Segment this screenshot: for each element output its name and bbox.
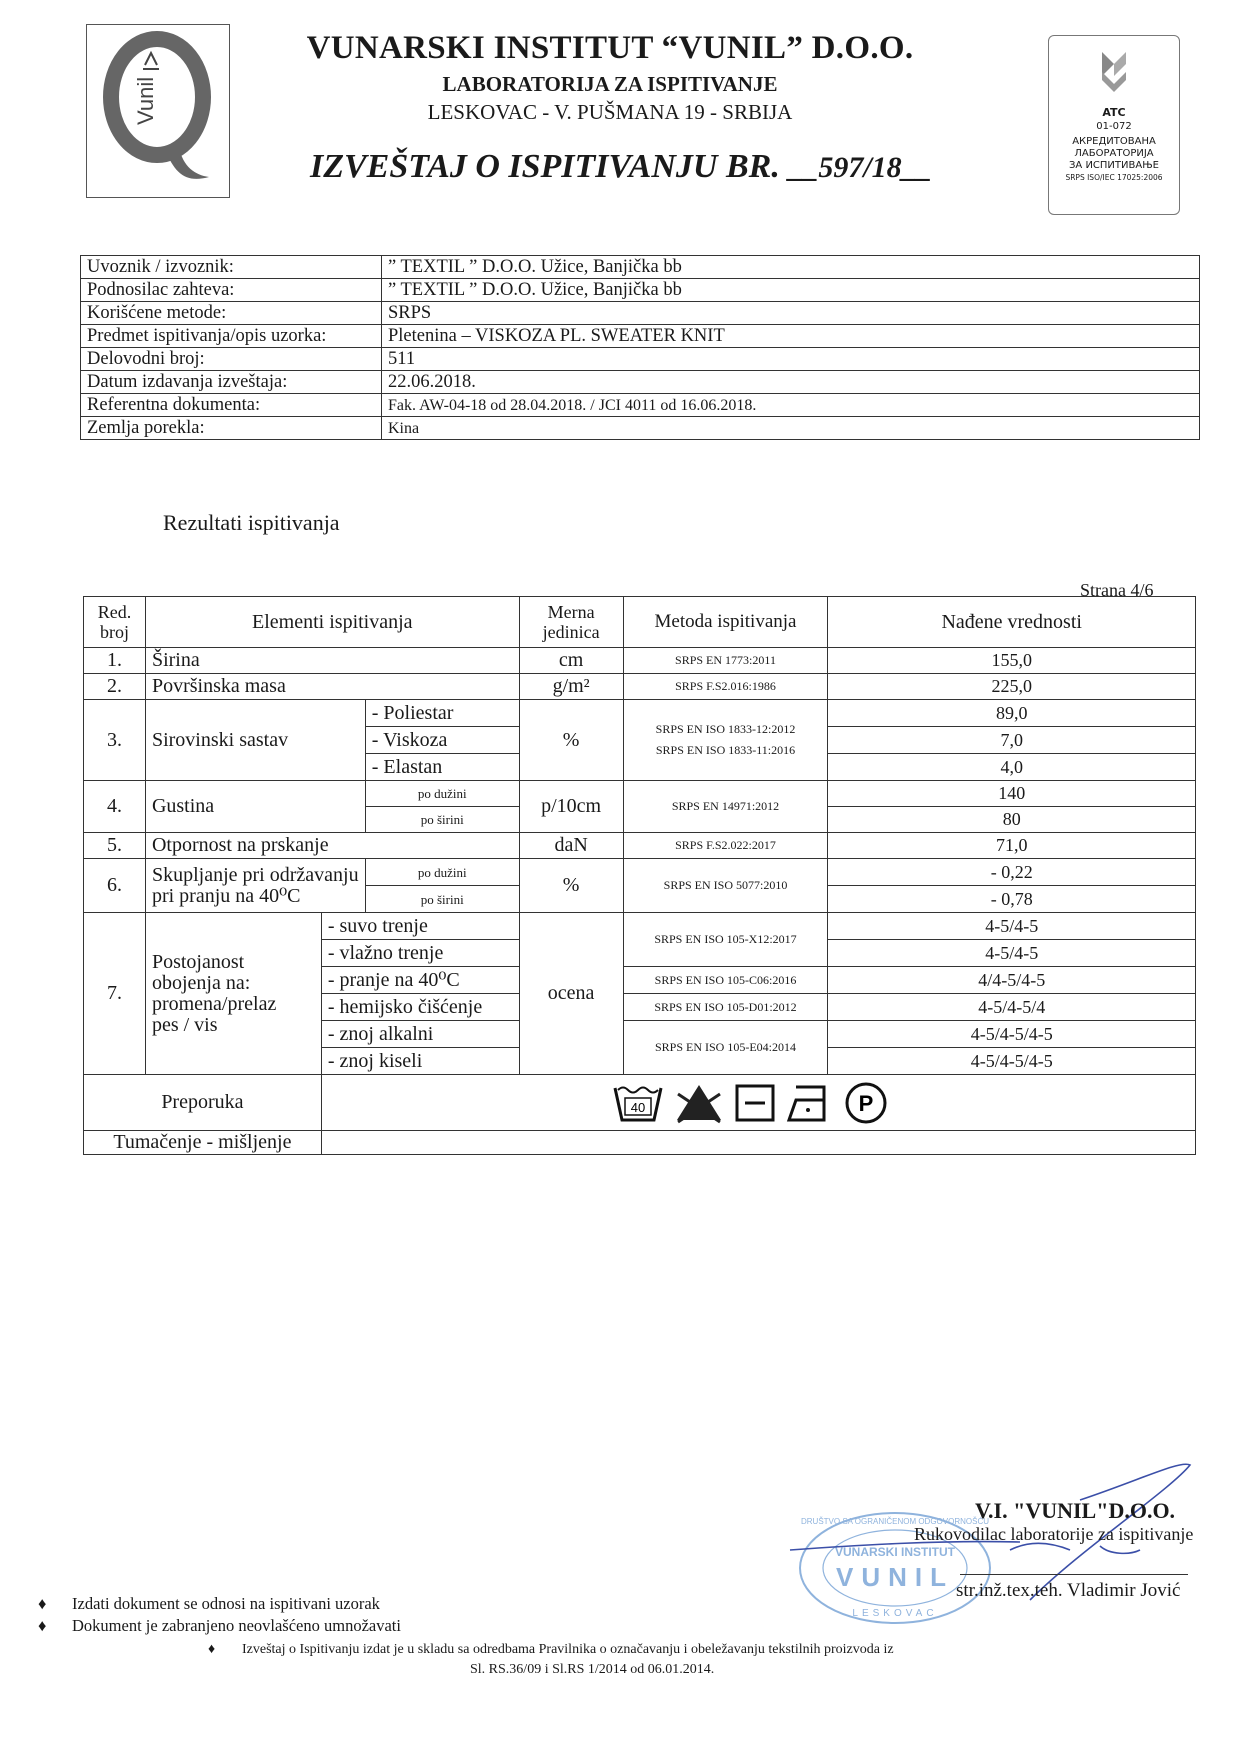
element-line: obojenja na: — [152, 973, 315, 994]
svg-text:P: P — [859, 1091, 874, 1116]
row-method: SRPS F.S2.016:1986 — [623, 674, 828, 700]
col-header-no: Red. broj — [84, 597, 146, 648]
row-value: 225,0 — [828, 674, 1196, 700]
info-value: Kina — [382, 417, 1200, 440]
row-unit: cm — [519, 648, 623, 674]
row-method: SRPS EN 1773:2011 — [623, 648, 828, 674]
col-header-element: Elementi ispitivanja — [145, 597, 519, 648]
info-value: 511 — [382, 348, 1200, 371]
info-row: Delovodni broj:511 — [81, 348, 1200, 371]
lab-name: LABORATORIJA ZA ISPITIVANJE — [250, 72, 970, 97]
results-grid: Red. broj Elementi ispitivanja Merna jed… — [83, 596, 1196, 1155]
col-header-value: Nađene vrednosti — [828, 597, 1196, 648]
table-row: 7. Postojanost obojenja na: promena/prel… — [84, 913, 1196, 940]
row-element: Sirovinski sastav — [145, 700, 365, 781]
row-method: SRPS EN ISO 105-C06:2016 — [623, 967, 828, 994]
element-line: pri pranju na 40⁰C — [152, 886, 359, 907]
table-row: 1. Širina cm SRPS EN 1773:2011 155,0 — [84, 648, 1196, 674]
info-row: Uvoznik / izvoznik:” TEXTIL ” D.O.O. Uži… — [81, 256, 1200, 279]
row-unit: % — [519, 700, 623, 781]
element-line: Postojanost — [152, 952, 315, 973]
row-element: Gustina — [145, 781, 365, 833]
row-sub-label: - Viskoza — [365, 727, 519, 754]
row-sub-label: - vlažno trenje — [321, 940, 519, 967]
row-sub-label: po širini — [365, 886, 519, 913]
row-unit: p/10cm — [519, 781, 623, 833]
footer-note-3: ♦Izveštaj o Ispitivanju izdat je u sklad… — [208, 1642, 894, 1658]
info-label: Korišćene metode: — [81, 302, 382, 325]
row-value: 140 — [828, 781, 1196, 807]
row-no: 6. — [84, 859, 146, 913]
row-sub-label: - hemijsko čišćenje — [321, 994, 519, 1021]
row-method: SRPS EN ISO 105-E04:2014 — [623, 1021, 828, 1075]
row-sub-label: - pranje na 40⁰C — [321, 967, 519, 994]
accreditation-line2: ЛАБОРАТОРИЈА — [1049, 148, 1179, 160]
element-line: promena/prelaz — [152, 994, 315, 1015]
row-element: Površinska masa — [145, 674, 519, 700]
iron-low-icon — [786, 1082, 834, 1124]
diamond-bullet-icon: ♦ — [208, 1642, 242, 1658]
row-method: SRPS EN 14971:2012 — [623, 781, 828, 833]
report-info-table: Uvoznik / izvoznik:” TEXTIL ” D.O.O. Uži… — [80, 255, 1200, 440]
info-row: Zemlja porekla:Kina — [81, 417, 1200, 440]
footer-note-2: ♦Dokument je zabranjeno neovlašćeno umno… — [38, 1616, 401, 1636]
row-value: - 0,22 — [828, 859, 1196, 886]
row-sub-label: - Elastan — [365, 754, 519, 781]
element-line: Skupljanje pri održavanju — [152, 865, 359, 886]
info-label: Zemlja porekla: — [81, 417, 382, 440]
accreditation-line3: ЗА ИСПИТИВАЊЕ — [1049, 160, 1179, 172]
table-row: 3. Sirovinski sastav - Poliestar % SRPS … — [84, 700, 1196, 727]
row-value: 4-5/4-5 — [828, 940, 1196, 967]
row-method: SRPS EN ISO 1833-12:2012 SRPS EN ISO 183… — [623, 700, 828, 781]
row-value: 7,0 — [828, 727, 1196, 754]
footer-note-text: Izveštaj o Ispitivanju izdat je u skladu… — [242, 1642, 894, 1657]
accreditation-code: 01-072 — [1049, 121, 1179, 132]
diamond-bullet-icon: ♦ — [38, 1616, 72, 1636]
vunil-q-logo-icon: Vunil — [87, 25, 228, 196]
row-no: 2. — [84, 674, 146, 700]
row-no: 5. — [84, 833, 146, 859]
col-header-unit: Merna jedinica — [519, 597, 623, 648]
report-title-prefix: IZVEŠTAJ O ISPITIVANJU BR. — [310, 148, 780, 185]
row-no: 1. — [84, 648, 146, 674]
recommendation-label: Preporuka — [84, 1075, 322, 1131]
flat-dry-icon — [734, 1082, 776, 1124]
info-value: Pletenina – VISKOZA PL. SWEATER KNIT — [382, 325, 1200, 348]
row-element: Postojanost obojenja na: promena/prelaz … — [145, 913, 321, 1075]
info-label: Delovodni broj: — [81, 348, 382, 371]
row-sub-label: - Poliestar — [365, 700, 519, 727]
info-value: Fak. AW-04-18 od 28.04.2018. / JCI 4011 … — [382, 394, 1200, 417]
row-value: 80 — [828, 807, 1196, 833]
recommendation-row: Preporuka 40 — [84, 1075, 1196, 1131]
row-value: 89,0 — [828, 700, 1196, 727]
row-value: 4,0 — [828, 754, 1196, 781]
info-row: Datum izdavanja izveštaja:22.06.2018. — [81, 371, 1200, 394]
row-sub-label: - suvo trenje — [321, 913, 519, 940]
info-value: ” TEXTIL ” D.O.O. Užice, Banjička bb — [382, 279, 1200, 302]
row-method: SRPS EN ISO 105-X12:2017 — [623, 913, 828, 967]
row-element: Širina — [145, 648, 519, 674]
svg-text:Vunil: Vunil — [133, 77, 158, 125]
row-value: 155,0 — [828, 648, 1196, 674]
row-unit: % — [519, 859, 623, 913]
row-unit: daN — [519, 833, 623, 859]
interpretation-value — [321, 1131, 1195, 1155]
row-value: - 0,78 — [828, 886, 1196, 913]
info-value: 22.06.2018. — [382, 371, 1200, 394]
row-sub-label: po dužini — [365, 859, 519, 886]
table-row: 4. Gustina po dužini p/10cm SRPS EN 1497… — [84, 781, 1196, 807]
no-bleach-icon — [674, 1082, 724, 1124]
accreditation-mark: ATC — [1049, 106, 1179, 119]
row-value: 4-5/4-5/4-5 — [828, 1048, 1196, 1075]
row-sub-label: po širini — [365, 807, 519, 833]
diamond-bullet-icon: ♦ — [38, 1594, 72, 1614]
table-row: 6. Skupljanje pri održavanju pri pranju … — [84, 859, 1196, 886]
info-label: Datum izdavanja izveštaja: — [81, 371, 382, 394]
accreditation-standard: SRPS ISO/IEC 17025:2006 — [1049, 173, 1179, 182]
footer-note-text: Izdati dokument se odnosi na ispitivani … — [72, 1594, 380, 1613]
method-line: SRPS EN ISO 1833-12:2012 — [630, 719, 822, 740]
row-no: 3. — [84, 700, 146, 781]
care-symbols-cell: 40 P — [321, 1075, 1195, 1131]
info-row: Korišćene metode:SRPS — [81, 302, 1200, 325]
institute-name: VUNARSKI INSTITUT “VUNIL” D.O.O. — [250, 30, 970, 67]
care-symbols: 40 P — [612, 1081, 888, 1125]
row-method: SRPS EN ISO 5077:2010 — [623, 859, 828, 913]
info-label: Uvoznik / izvoznik: — [81, 256, 382, 279]
row-value: 4-5/4-5 — [828, 913, 1196, 940]
row-no: 7. — [84, 913, 146, 1075]
lab-address: LESKOVAC - V. PUŠMANA 19 - SRBIJA — [250, 100, 970, 125]
row-sub-label: - znoj kiseli — [321, 1048, 519, 1075]
row-unit: g/m² — [519, 674, 623, 700]
info-value: ” TEXTIL ” D.O.O. Užice, Banjička bb — [382, 256, 1200, 279]
svg-text:40: 40 — [631, 1100, 645, 1115]
row-sub-label: - znoj alkalni — [321, 1021, 519, 1048]
element-line: pes / vis — [152, 1015, 315, 1036]
footer-note-1: ♦Izdati dokument se odnosi na ispitivani… — [38, 1594, 380, 1614]
dry-clean-p-icon: P — [844, 1081, 888, 1125]
row-method: SRPS EN ISO 105-D01:2012 — [623, 994, 828, 1021]
table-row: 2. Površinska masa g/m² SRPS F.S2.016:19… — [84, 674, 1196, 700]
method-line: SRPS EN ISO 1833-11:2016 — [630, 740, 822, 761]
row-value: 4/4-5/4-5 — [828, 967, 1196, 994]
interpretation-label: Tumačenje - mišljenje — [84, 1131, 322, 1155]
info-value: SRPS — [382, 302, 1200, 325]
info-label: Predmet ispitivanja/opis uzorka: — [81, 325, 382, 348]
row-element: Skupljanje pri održavanju pri pranju na … — [145, 859, 365, 913]
results-heading: Rezultati ispitivanja — [163, 510, 340, 536]
row-element: Otpornost na prskanje — [145, 833, 519, 859]
row-unit: ocena — [519, 913, 623, 1075]
atc-accreditation-icon — [1094, 50, 1134, 100]
report-title: IZVEŠTAJ O ISPITIVANJU BR. __597/18__ — [310, 148, 932, 186]
signature-organization: V.I. "VUNIL"D.O.O. — [975, 1498, 1175, 1524]
info-label: Referentna dokumenta: — [81, 394, 382, 417]
interpretation-row: Tumačenje - mišljenje — [84, 1131, 1196, 1155]
row-value: 4-5/4-5/4-5 — [828, 1021, 1196, 1048]
institute-logo: Vunil — [86, 24, 230, 198]
footer-note-text: Dokument je zabranjeno neovlašćeno umnož… — [72, 1616, 401, 1635]
table-row: 5. Otpornost na prskanje daN SRPS F.S2.0… — [84, 833, 1196, 859]
row-method: SRPS F.S2.022:2017 — [623, 833, 828, 859]
footer-note-4: Sl. RS.36/09 i Sl.RS 1/2014 od 06.01.201… — [470, 1662, 714, 1678]
wash-40-icon: 40 — [612, 1082, 664, 1124]
report-number: __597/18__ — [788, 151, 931, 184]
row-no: 4. — [84, 781, 146, 833]
info-row: Podnosilac zahteva:” TEXTIL ” D.O.O. Uži… — [81, 279, 1200, 302]
row-sub-label: po dužini — [365, 781, 519, 807]
signature-line — [960, 1574, 1188, 1575]
info-label: Podnosilac zahteva: — [81, 279, 382, 302]
accreditation-line1: АКРЕДИТОВАНА — [1049, 136, 1179, 148]
signature-name: str.inž.tex.teh. Vladimir Jović — [956, 1580, 1180, 1602]
row-value: 71,0 — [828, 833, 1196, 859]
results-header-row: Red. broj Elementi ispitivanja Merna jed… — [84, 597, 1196, 648]
info-row: Referentna dokumenta:Fak. AW-04-18 od 28… — [81, 394, 1200, 417]
signature-role: Rukovodilac laboratorije za ispitivanje — [914, 1524, 1193, 1545]
col-header-method: Metoda ispitivanja — [623, 597, 828, 648]
info-row: Predmet ispitivanja/opis uzorka:Pletenin… — [81, 325, 1200, 348]
accreditation-badge: ATC 01-072 АКРЕДИТОВАНА ЛАБОРАТОРИЈА ЗА … — [1048, 35, 1180, 215]
row-value: 4-5/4-5/4 — [828, 994, 1196, 1021]
results-table-body: Red. broj Elementi ispitivanja Merna jed… — [83, 596, 1196, 1155]
